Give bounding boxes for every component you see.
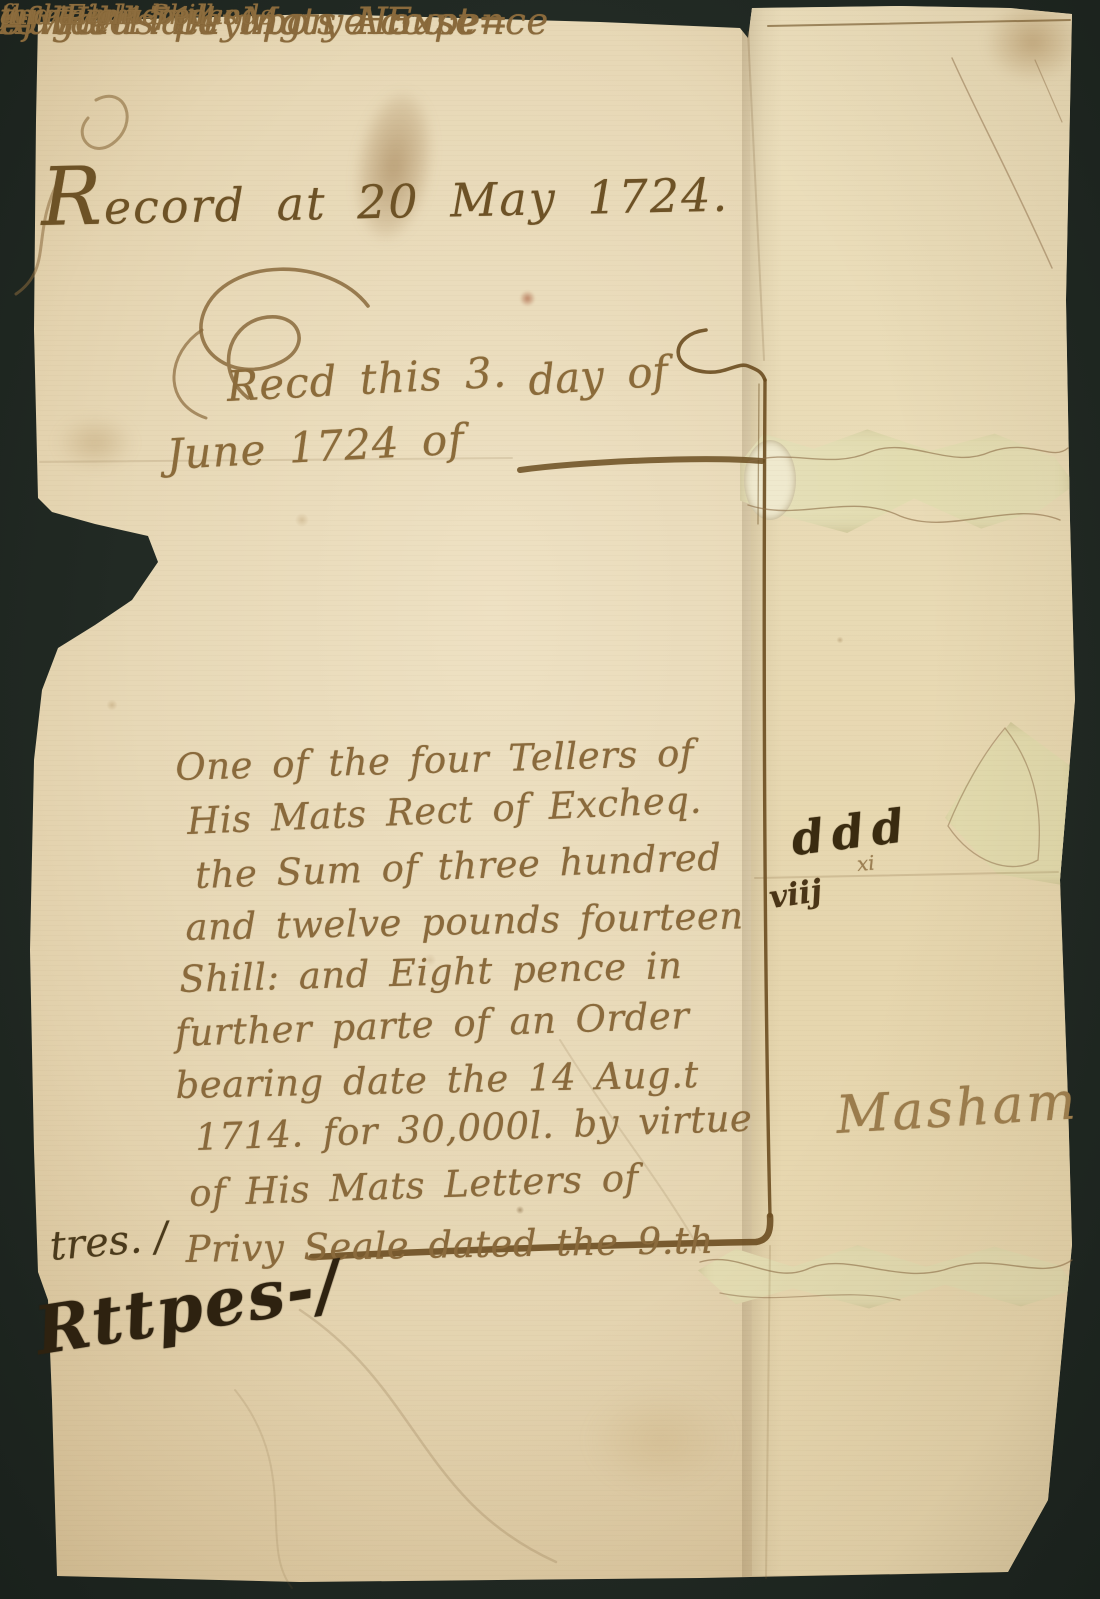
margin-amount-line-4: and Eight pence <box>0 0 240 31</box>
record-date-line: Record at 20 May 1724. <box>40 136 730 244</box>
received-line-day-of: day of <box>527 346 670 405</box>
margin-roman-figure: viij <box>767 873 824 916</box>
margin-superscript-marks: xi <box>856 851 876 876</box>
photo-background: Record at 20 May 1724. Recd this 3. day … <box>0 0 1100 1599</box>
